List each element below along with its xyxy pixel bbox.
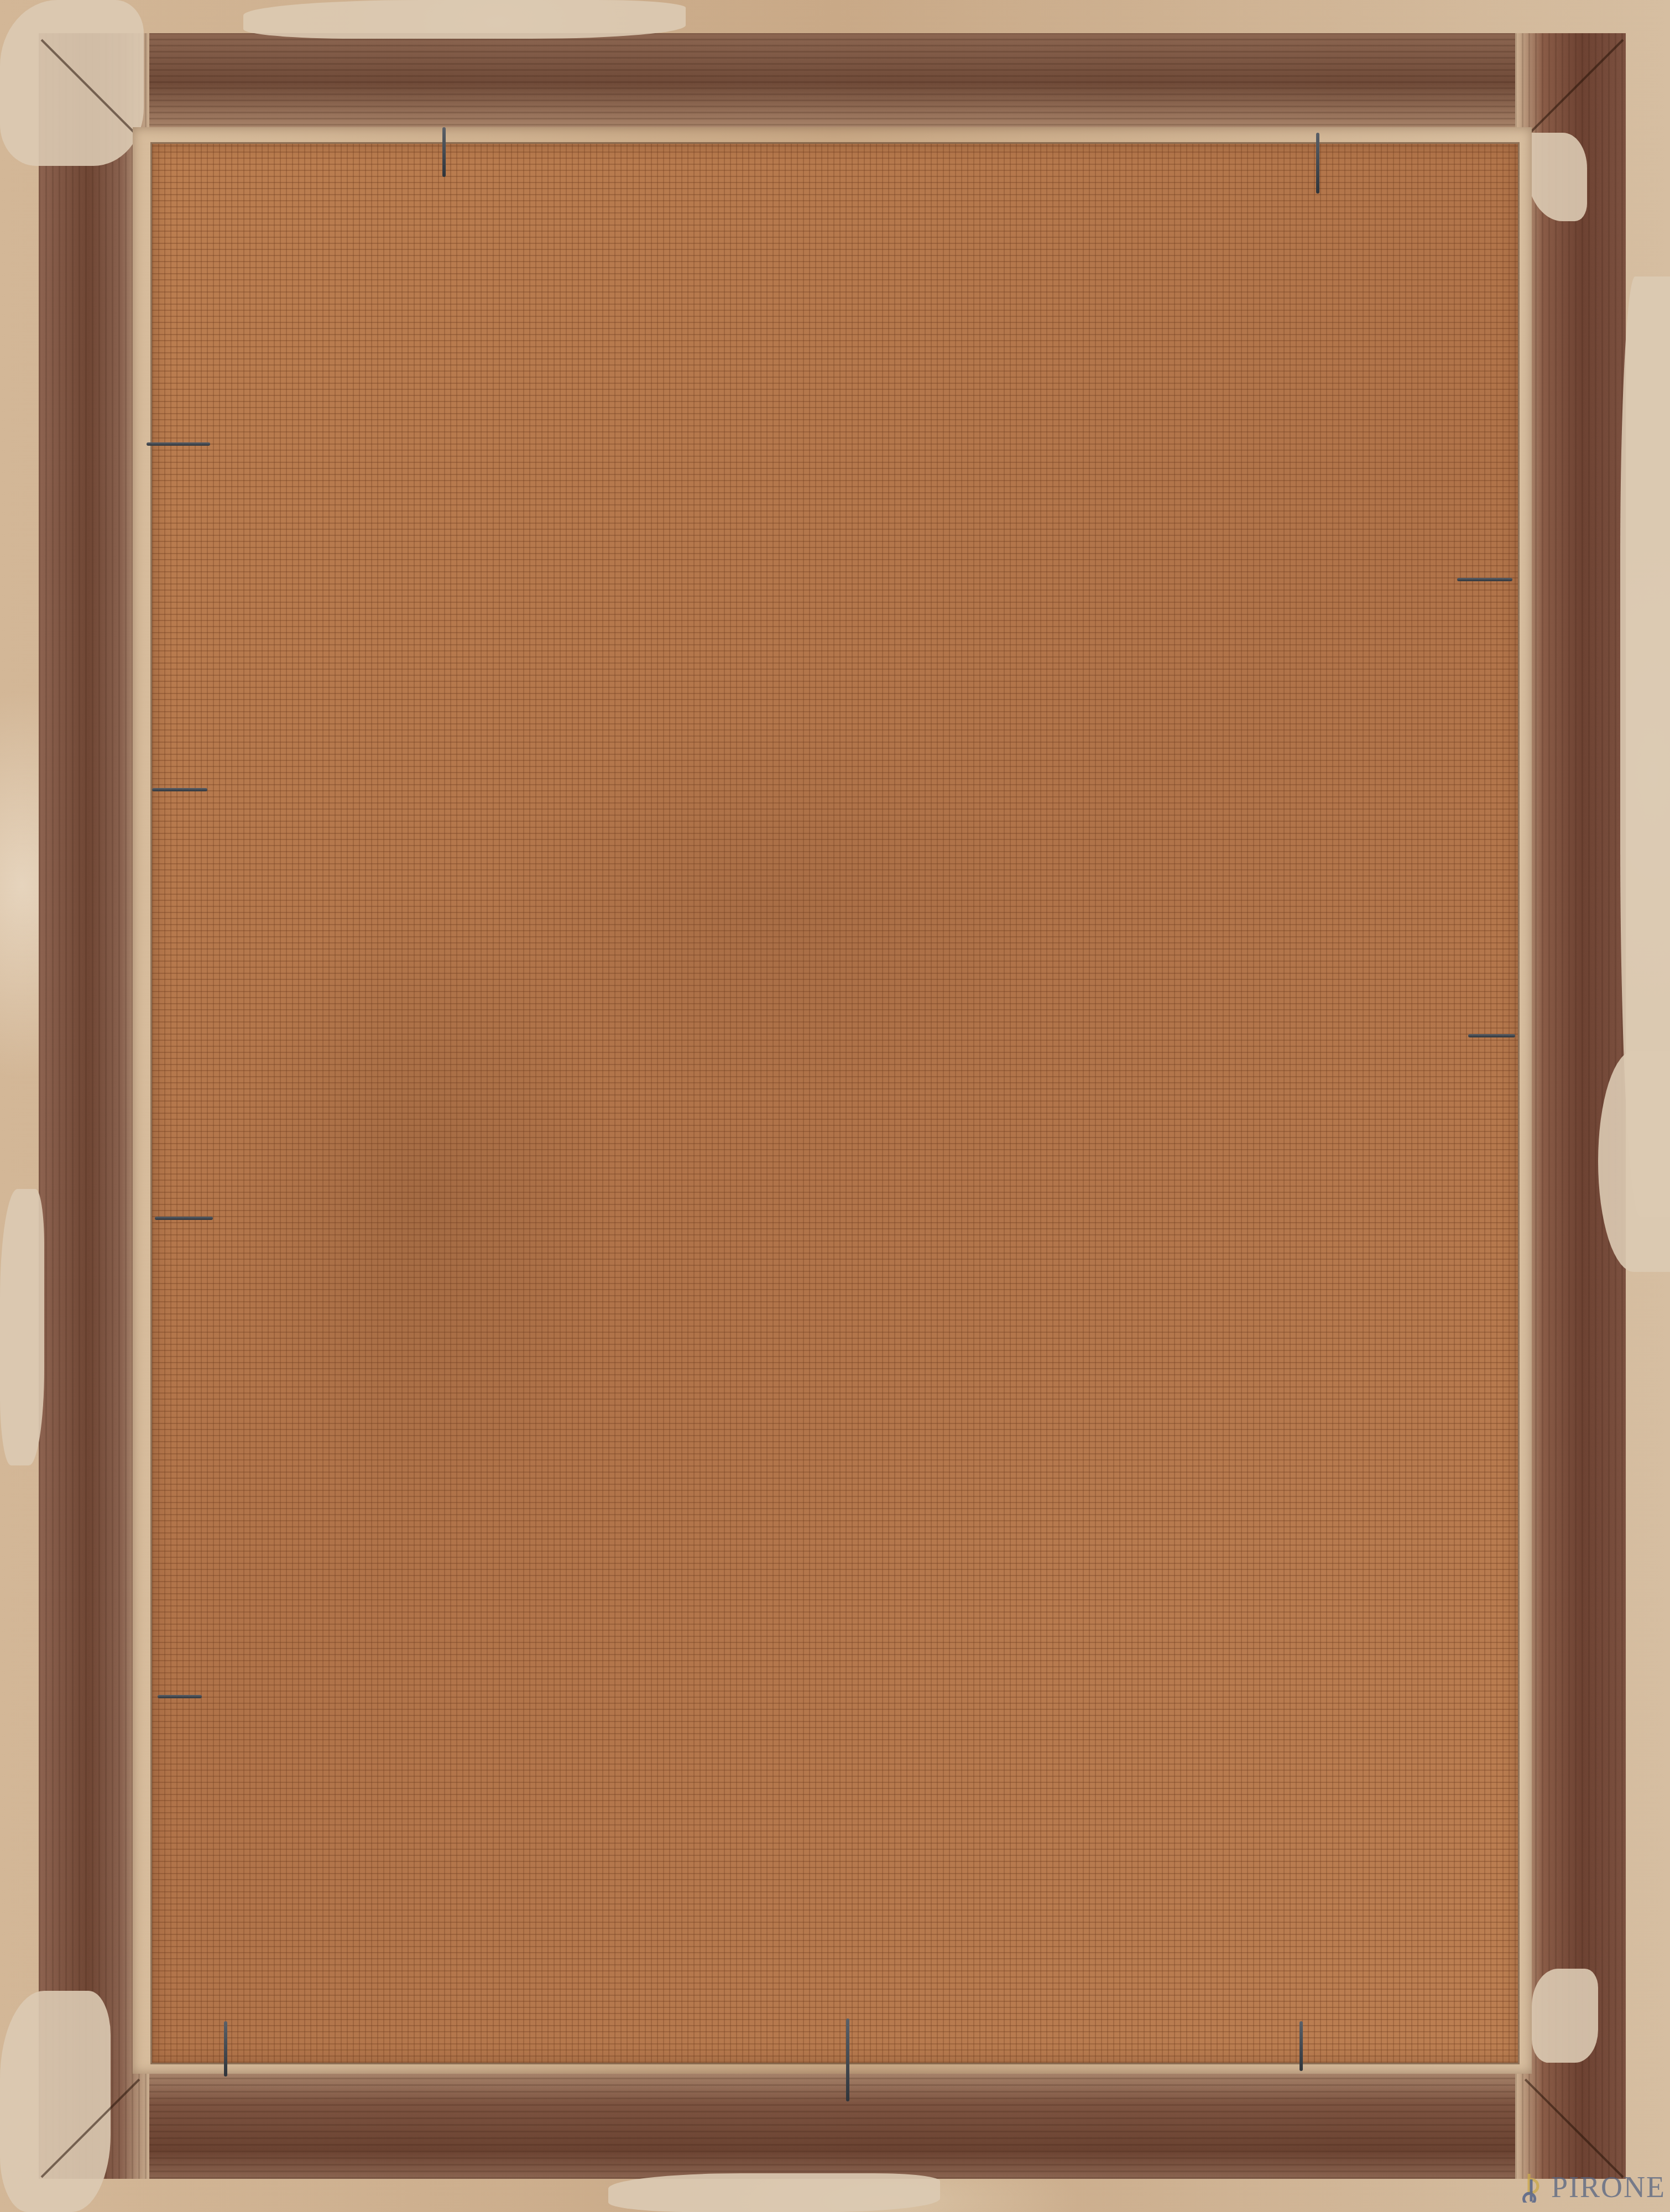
nail	[1316, 133, 1319, 194]
peeled-paper-patch	[608, 2173, 940, 2212]
peeled-paper-patch	[0, 1991, 111, 2212]
peeled-paper-patch	[1532, 1969, 1598, 2063]
nail	[158, 1695, 202, 1698]
hardboard-backing	[152, 144, 1518, 2063]
nail	[152, 788, 207, 791]
watermark: PIRONE	[1519, 2170, 1666, 2204]
peeled-paper-patch	[1598, 1051, 1670, 1272]
watermark-text: PIRONE	[1551, 2170, 1666, 2204]
nail	[147, 442, 210, 446]
monogram-logo-icon	[1519, 2172, 1548, 2203]
nail	[1300, 2021, 1303, 2071]
peeled-paper-patch	[243, 0, 686, 39]
nail	[846, 2018, 849, 2101]
nail	[442, 127, 446, 177]
peeled-paper-patch	[0, 1189, 44, 1465]
peeled-paper-patch	[0, 0, 144, 166]
photo-scene: PIRONE	[0, 0, 1670, 2212]
nail	[1457, 578, 1512, 581]
nail	[155, 1217, 213, 1220]
frame-rail-bottom	[39, 2063, 1626, 2179]
nail	[1468, 1034, 1515, 1037]
nail	[224, 2021, 227, 2077]
